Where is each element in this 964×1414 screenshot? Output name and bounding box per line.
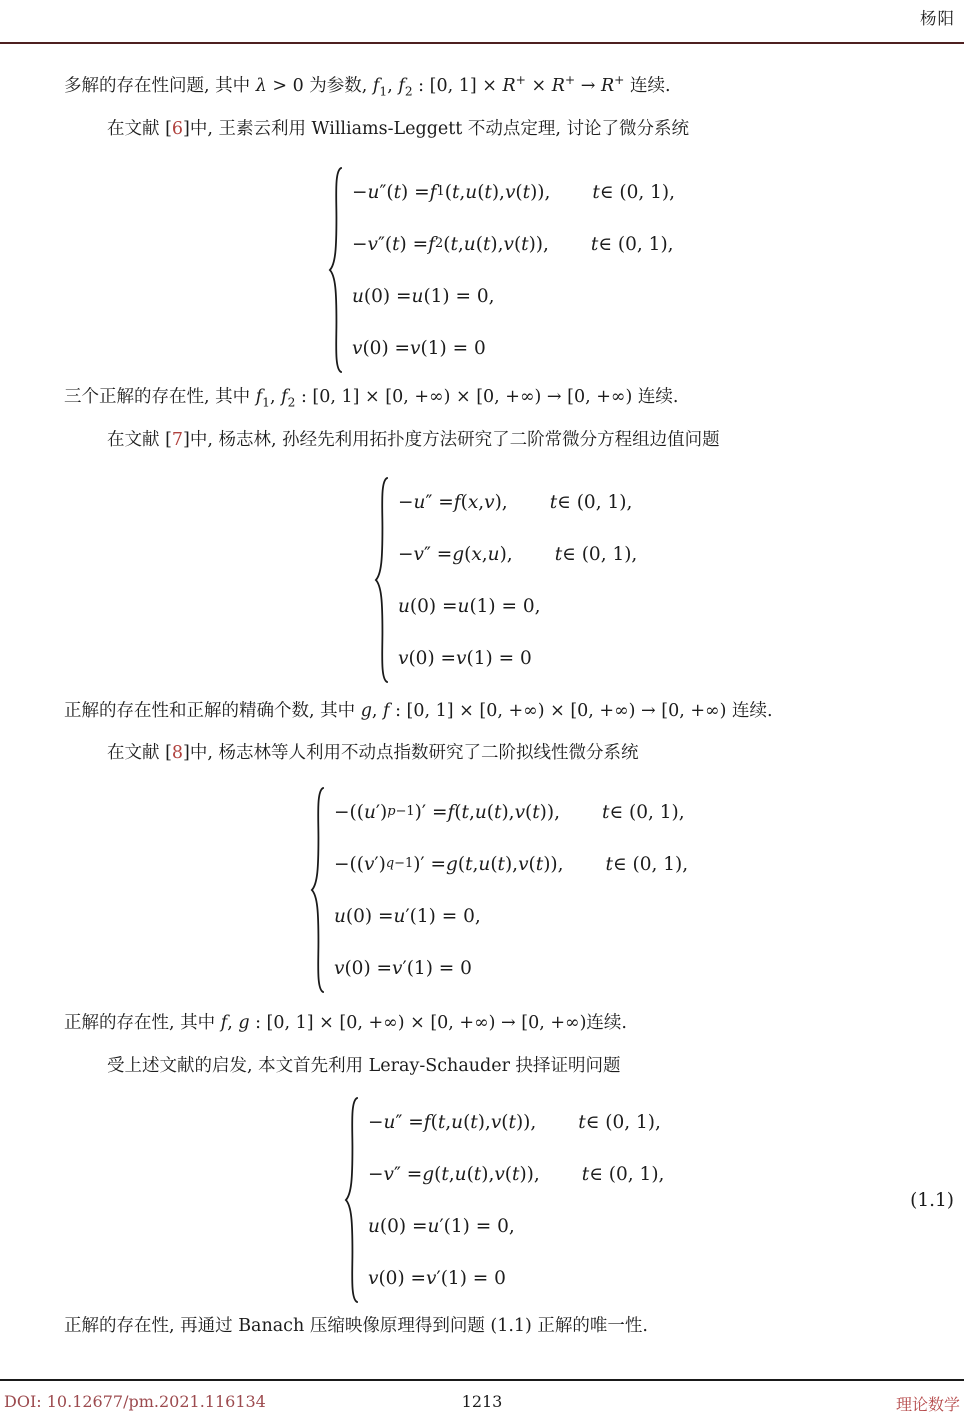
display-equation-system-3: −((u′)p−1)′ = f(t, u(t), v(t)),t ∈ (0, 1…	[310, 786, 688, 994]
footer-rule	[0, 1379, 964, 1381]
left-brace-icon	[374, 476, 389, 684]
body-paragraph-5: 正解的存在性和正解的精确个数, 其中 g, f : [0, 1] × [0, +…	[64, 699, 908, 724]
body-paragraph-9: 正解的存在性, 再通过 Banach 压缩映像原理得到问题 (1.1) 正解的唯…	[64, 1314, 908, 1339]
equation-line: −v″ = g(x, u),t ∈ (0, 1),	[398, 528, 637, 580]
footer-page-number: 1213	[4, 1392, 960, 1411]
equation-line: −u″(t) = f1(t, u(t), v(t)),t ∈ (0, 1),	[352, 166, 675, 218]
left-brace-icon	[344, 1096, 359, 1304]
document-page: 杨阳 多解的存在性问题, 其中 λ > 0 为参数, f1, f2 : [0, …	[0, 0, 964, 1414]
equation-line: v(0) = v′(1) = 0	[368, 1252, 664, 1304]
display-equation-system-1: −u″(t) = f1(t, u(t), v(t)),t ∈ (0, 1), −…	[328, 166, 675, 374]
equation-number-label: (1.1)	[910, 1190, 954, 1211]
display-equation-system-4: −u″ = f(t, u(t), v(t)),t ∈ (0, 1), −v″ =…	[344, 1096, 664, 1304]
equation-line: u(0) = u(1) = 0,	[352, 270, 675, 322]
body-paragraph-8: 受上述文献的启发, 本文首先利用 Leray-Schauder 抉择证明问题	[64, 1054, 908, 1079]
left-brace-icon	[310, 786, 325, 994]
citation-link-7[interactable]: 7	[172, 430, 183, 450]
equation-line: u(0) = u′(1) = 0,	[368, 1200, 664, 1252]
body-paragraph-4: 在文献 [7]中, 杨志林, 孙经先利用拓扑度方法研究了二阶常微分方程组边值问题	[64, 428, 908, 453]
equation-line: v(0) = v(1) = 0	[398, 632, 637, 684]
equation-line: −u″ = f(x, v),t ∈ (0, 1),	[398, 476, 637, 528]
body-paragraph-7: 正解的存在性, 其中 f, g : [0, 1] × [0, +∞) × [0,…	[64, 1011, 908, 1036]
body-paragraph-3: 三个正解的存在性, 其中 f1, f2 : [0, 1] × [0, +∞) ×…	[64, 385, 908, 410]
left-brace-icon	[328, 166, 343, 374]
equation-line: v(0) = v′(1) = 0	[334, 942, 688, 994]
equation-line: −v″(t) = f2(t, u(t), v(t)),t ∈ (0, 1),	[352, 218, 675, 270]
body-paragraph-2: 在文献 [6]中, 王素云利用 Williams-Leggett 不动点定理, …	[64, 117, 908, 142]
equation-line: −u″ = f(t, u(t), v(t)),t ∈ (0, 1),	[368, 1096, 664, 1148]
citation-link-6[interactable]: 6	[172, 119, 183, 139]
equation-line: u(0) = u′(1) = 0,	[334, 890, 688, 942]
equation-line: u(0) = u(1) = 0,	[398, 580, 637, 632]
page-header-author: 杨阳	[920, 5, 955, 29]
equation-line: −v″ = g(t, u(t), v(t)),t ∈ (0, 1),	[368, 1148, 664, 1200]
body-paragraph-1: 多解的存在性问题, 其中 λ > 0 为参数, f1, f2 : [0, 1] …	[64, 74, 908, 99]
body-paragraph-6: 在文献 [8]中, 杨志林等人利用不动点指数研究了二阶拟线性微分系统	[64, 741, 908, 766]
citation-link-8[interactable]: 8	[172, 743, 183, 763]
equation-line: −((u′)p−1)′ = f(t, u(t), v(t)),t ∈ (0, 1…	[334, 786, 688, 838]
display-equation-system-2: −u″ = f(x, v),t ∈ (0, 1), −v″ = g(x, u),…	[374, 476, 637, 684]
page-footer: DOI: 10.12677/pm.2021.116134 1213 理论数学	[4, 1392, 960, 1414]
equation-line: −((v′)q−1)′ = g(t, u(t), v(t)),t ∈ (0, 1…	[334, 838, 688, 890]
footer-journal-name: 理论数学	[896, 1392, 960, 1414]
equation-line: v(0) = v(1) = 0	[352, 322, 675, 374]
header-rule	[0, 42, 964, 44]
